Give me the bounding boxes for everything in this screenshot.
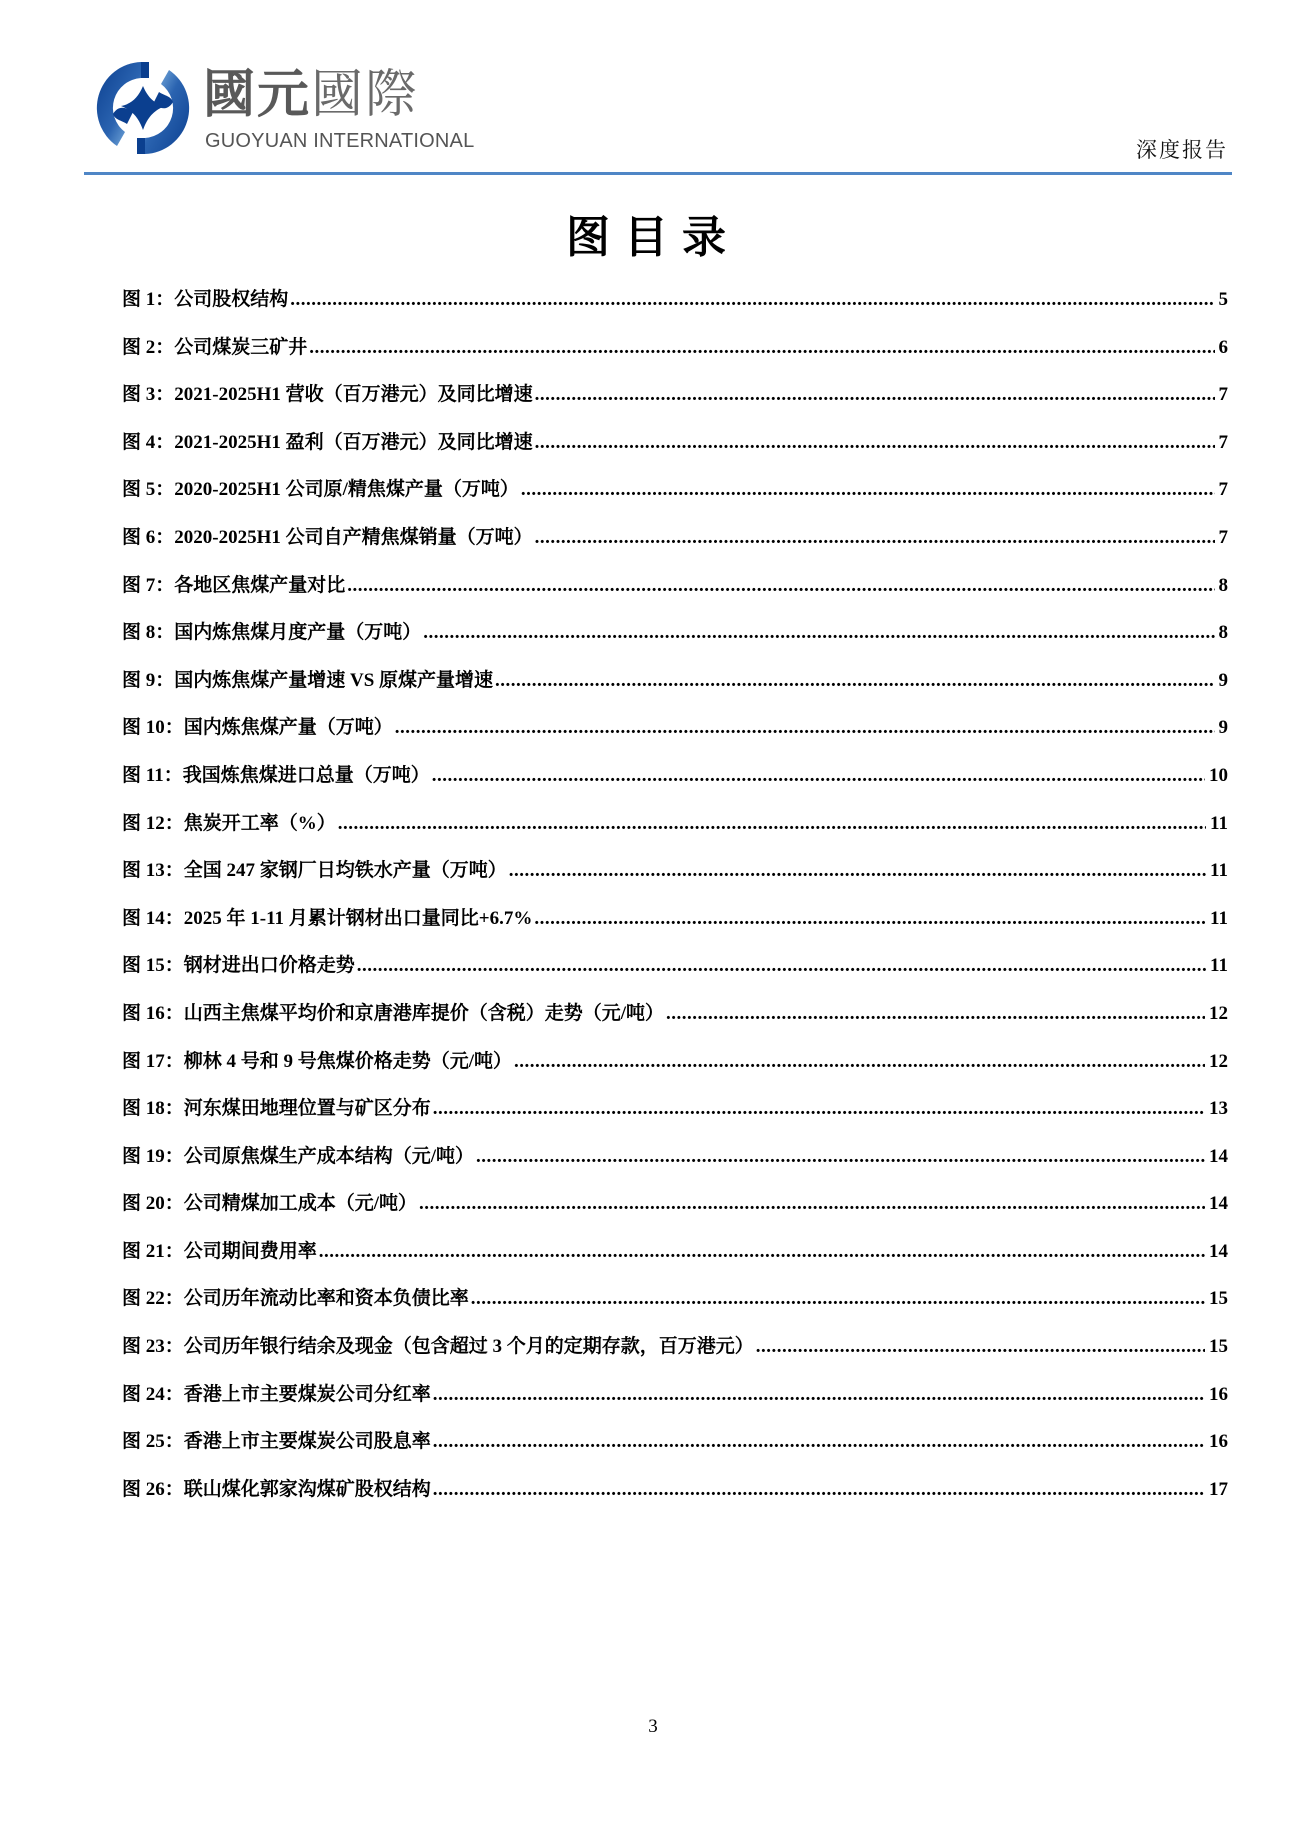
toc-entry-page: 11 — [1206, 908, 1228, 930]
toc-entry-page: 8 — [1215, 622, 1229, 644]
toc-entry-page: 17 — [1205, 1479, 1228, 1501]
dot-leader — [521, 479, 1215, 501]
toc-entry-page: 7 — [1215, 384, 1229, 406]
toc-entry-page: 14 — [1205, 1193, 1228, 1215]
toc-entry-label: 图 18：河东煤田地理位置与矿区分布 — [122, 1093, 433, 1120]
dot-leader — [395, 717, 1215, 739]
toc-entry-label: 图 17：柳林 4 号和 9 号焦煤价格走势（元/吨） — [122, 1046, 514, 1073]
toc-entry-page: 9 — [1215, 717, 1229, 739]
dot-leader — [433, 1098, 1205, 1120]
dot-leader — [357, 955, 1206, 977]
toc-entry-label: 图 14：2025 年 1-11 月累计钢材出口量同比+6.7% — [122, 903, 534, 930]
toc-entry-label: 图 25：香港上市主要煤炭公司股息率 — [122, 1426, 433, 1453]
dot-leader — [534, 908, 1206, 930]
company-logo-icon — [93, 58, 193, 158]
toc-entry[interactable]: 图 20：公司精煤加工成本（元/吨）14 — [122, 1188, 1228, 1236]
toc-entry-label: 图 3：2021-2025H1 营收（百万港元）及同比增速 — [122, 379, 535, 406]
toc-entry-page: 15 — [1205, 1288, 1228, 1310]
toc-entry[interactable]: 图 6：2020-2025H1 公司自产精焦煤销量（万吨）7 — [122, 522, 1228, 570]
toc-entry[interactable]: 图 23：公司历年银行结余及现金（包含超过 3 个月的定期存款，百万港元）15 — [122, 1331, 1228, 1379]
logo-cn-bold: 國元 — [203, 65, 311, 125]
dot-leader — [514, 1051, 1205, 1073]
toc-entry-page: 11 — [1206, 860, 1228, 882]
toc-entry-label: 图 8：国内炼焦煤月度产量（万吨） — [122, 617, 423, 644]
toc-entry-label: 图 20：公司精煤加工成本（元/吨） — [122, 1188, 419, 1215]
logo-chinese-name: 國元國際 — [203, 64, 419, 126]
toc-entry[interactable]: 图 9：国内炼焦煤产量增速 VS 原煤产量增速9 — [122, 665, 1228, 713]
dot-leader — [423, 622, 1214, 644]
page-number: 3 — [0, 1716, 1306, 1738]
toc-entry[interactable]: 图 15：钢材进出口价格走势11 — [122, 950, 1228, 998]
toc-entry-label: 图 10：国内炼焦煤产量（万吨） — [122, 712, 395, 739]
toc-entry-label: 图 4：2021-2025H1 盈利（百万港元）及同比增速 — [122, 427, 535, 454]
toc-entry-page: 16 — [1205, 1431, 1228, 1453]
toc-entry-page: 7 — [1215, 479, 1229, 501]
toc-entry[interactable]: 图 16：山西主焦煤平均价和京唐港库提价（含税）走势（元/吨）12 — [122, 998, 1228, 1046]
page-title: 图目录 — [0, 208, 1306, 268]
dot-leader — [319, 1241, 1205, 1263]
toc-entry[interactable]: 图 5：2020-2025H1 公司原/精焦煤产量（万吨）7 — [122, 474, 1228, 522]
toc-entry[interactable]: 图 24：香港上市主要煤炭公司分红率16 — [122, 1379, 1228, 1427]
toc-entry-label: 图 15：钢材进出口价格走势 — [122, 950, 357, 977]
toc-entry[interactable]: 图 7：各地区焦煤产量对比8 — [122, 570, 1228, 618]
toc-entry-label: 图 1：公司股权结构 — [122, 284, 290, 311]
dot-leader — [495, 670, 1214, 692]
toc-entry-page: 11 — [1206, 813, 1228, 835]
dot-leader — [666, 1003, 1205, 1025]
toc-entry-page: 11 — [1206, 955, 1228, 977]
toc-entry-label: 图 5：2020-2025H1 公司原/精焦煤产量（万吨） — [122, 474, 521, 501]
dot-leader — [756, 1336, 1205, 1358]
toc-entry-page: 5 — [1215, 289, 1229, 311]
toc-entry[interactable]: 图 1：公司股权结构5 — [122, 284, 1228, 332]
dot-leader — [433, 1479, 1205, 1501]
dot-leader — [290, 289, 1214, 311]
logo-cn-light: 國際 — [311, 65, 419, 125]
logo-english-name: GUOYUAN INTERNATIONAL — [205, 130, 474, 152]
toc-entry-page: 9 — [1215, 670, 1229, 692]
toc-entry[interactable]: 图 21：公司期间费用率14 — [122, 1236, 1228, 1284]
toc-entry-page: 13 — [1205, 1098, 1228, 1120]
dot-leader — [535, 384, 1215, 406]
dot-leader — [433, 1431, 1205, 1453]
toc-entry-label: 图 11：我国炼焦煤进口总量（万吨） — [122, 760, 432, 787]
toc-entry-label: 图 22：公司历年流动比率和资本负债比率 — [122, 1283, 471, 1310]
toc-entry-label: 图 19：公司原焦煤生产成本结构（元/吨） — [122, 1141, 476, 1168]
toc-entry-page: 16 — [1205, 1384, 1228, 1406]
toc-entry[interactable]: 图 12：焦炭开工率（%）11 — [122, 808, 1228, 856]
toc-entry[interactable]: 图 18：河东煤田地理位置与矿区分布13 — [122, 1093, 1228, 1141]
dot-leader — [432, 765, 1205, 787]
toc-entry[interactable]: 图 3：2021-2025H1 营收（百万港元）及同比增速7 — [122, 379, 1228, 427]
document-type-label: 深度报告 — [1136, 134, 1228, 164]
toc-entry-label: 图 21：公司期间费用率 — [122, 1236, 319, 1263]
dot-leader — [347, 575, 1214, 597]
toc-entry[interactable]: 图 22：公司历年流动比率和资本负债比率15 — [122, 1283, 1228, 1331]
toc-entry-page: 6 — [1215, 337, 1229, 359]
dot-leader — [476, 1146, 1205, 1168]
toc-entry-page: 12 — [1205, 1051, 1228, 1073]
toc-entry-label: 图 23：公司历年银行结余及现金（包含超过 3 个月的定期存款，百万港元） — [122, 1331, 756, 1358]
toc-entry-label: 图 12：焦炭开工率（%） — [122, 808, 338, 835]
toc-entry[interactable]: 图 11：我国炼焦煤进口总量（万吨）10 — [122, 760, 1228, 808]
toc-entry[interactable]: 图 8：国内炼焦煤月度产量（万吨）8 — [122, 617, 1228, 665]
dot-leader — [535, 432, 1215, 454]
dot-leader — [338, 813, 1206, 835]
toc-entry-page: 14 — [1205, 1241, 1228, 1263]
dot-leader — [433, 1384, 1205, 1406]
dot-leader — [535, 527, 1215, 549]
toc-entry-page: 10 — [1205, 765, 1228, 787]
toc-entry[interactable]: 图 19：公司原焦煤生产成本结构（元/吨）14 — [122, 1141, 1228, 1189]
toc-entry-label: 图 7：各地区焦煤产量对比 — [122, 570, 347, 597]
toc-entry-page: 7 — [1215, 432, 1229, 454]
header-divider — [84, 172, 1232, 175]
toc-entry-page: 15 — [1205, 1336, 1228, 1358]
toc-entry-page: 14 — [1205, 1146, 1228, 1168]
toc-entry[interactable]: 图 26：联山煤化郭家沟煤矿股权结构17 — [122, 1474, 1228, 1522]
toc-entry[interactable]: 图 13：全国 247 家钢厂日均铁水产量（万吨）11 — [122, 855, 1228, 903]
toc-entry-label: 图 2：公司煤炭三矿井 — [122, 332, 309, 359]
dot-leader — [419, 1193, 1205, 1215]
toc-entry-label: 图 6：2020-2025H1 公司自产精焦煤销量（万吨） — [122, 522, 535, 549]
dot-leader — [509, 860, 1206, 882]
toc-entry-label: 图 24：香港上市主要煤炭公司分红率 — [122, 1379, 433, 1406]
toc-entry-label: 图 26：联山煤化郭家沟煤矿股权结构 — [122, 1474, 433, 1501]
toc-entry[interactable]: 图 2：公司煤炭三矿井6 — [122, 332, 1228, 380]
toc-entry[interactable]: 图 17：柳林 4 号和 9 号焦煤价格走势（元/吨）12 — [122, 1046, 1228, 1094]
figure-toc-list: 图 1：公司股权结构5图 2：公司煤炭三矿井6图 3：2021-2025H1 营… — [122, 284, 1228, 1521]
toc-entry[interactable]: 图 14：2025 年 1-11 月累计钢材出口量同比+6.7%11 — [122, 903, 1228, 951]
toc-entry[interactable]: 图 25：香港上市主要煤炭公司股息率16 — [122, 1426, 1228, 1474]
toc-entry-page: 7 — [1215, 527, 1229, 549]
toc-entry-page: 12 — [1205, 1003, 1228, 1025]
dot-leader — [309, 337, 1214, 359]
toc-entry[interactable]: 图 10：国内炼焦煤产量（万吨）9 — [122, 712, 1228, 760]
toc-entry-label: 图 13：全国 247 家钢厂日均铁水产量（万吨） — [122, 855, 509, 882]
toc-entry-page: 8 — [1215, 575, 1229, 597]
toc-entry-label: 图 16：山西主焦煤平均价和京唐港库提价（含税）走势（元/吨） — [122, 998, 666, 1025]
toc-entry-label: 图 9：国内炼焦煤产量增速 VS 原煤产量增速 — [122, 665, 495, 692]
dot-leader — [471, 1288, 1205, 1310]
toc-entry[interactable]: 图 4：2021-2025H1 盈利（百万港元）及同比增速7 — [122, 427, 1228, 475]
